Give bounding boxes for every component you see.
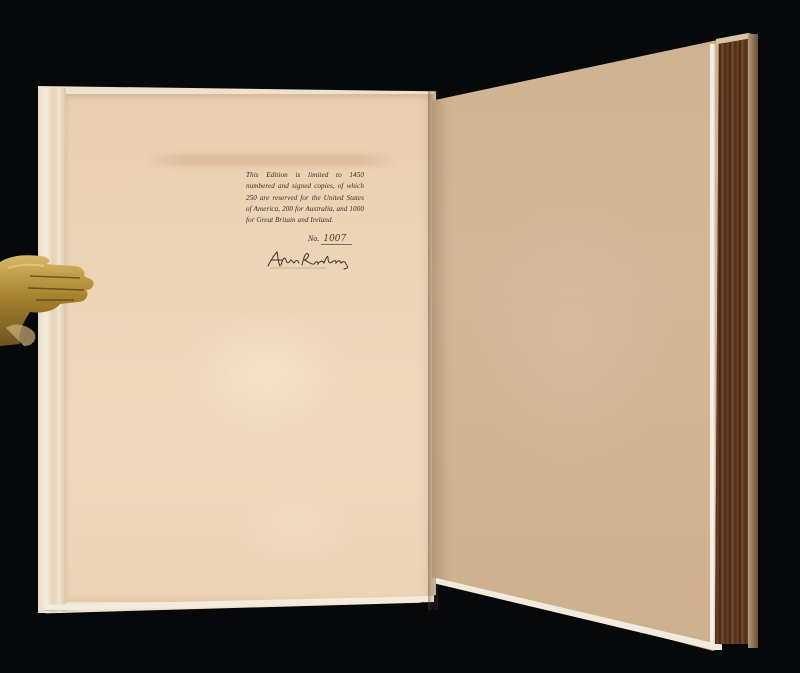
right-cover-board bbox=[748, 34, 758, 648]
blank-right-page bbox=[432, 36, 722, 651]
limitation-statement: This Edition is limited to 1450 numbered… bbox=[246, 170, 364, 226]
tissue-offset-mark bbox=[146, 154, 396, 166]
copy-number: No. 1007 bbox=[308, 234, 352, 244]
left-page-edges bbox=[38, 88, 66, 613]
book-photo: This Edition is limited to 1450 numbered… bbox=[0, 0, 800, 673]
copy-number-value: 1007 bbox=[321, 234, 352, 245]
brass-hand-bookstand-icon bbox=[0, 248, 96, 348]
copy-number-label: No. bbox=[308, 234, 319, 243]
right-page-fore-margin bbox=[710, 44, 715, 644]
signature-icon: Arthur Rackham bbox=[266, 248, 352, 270]
